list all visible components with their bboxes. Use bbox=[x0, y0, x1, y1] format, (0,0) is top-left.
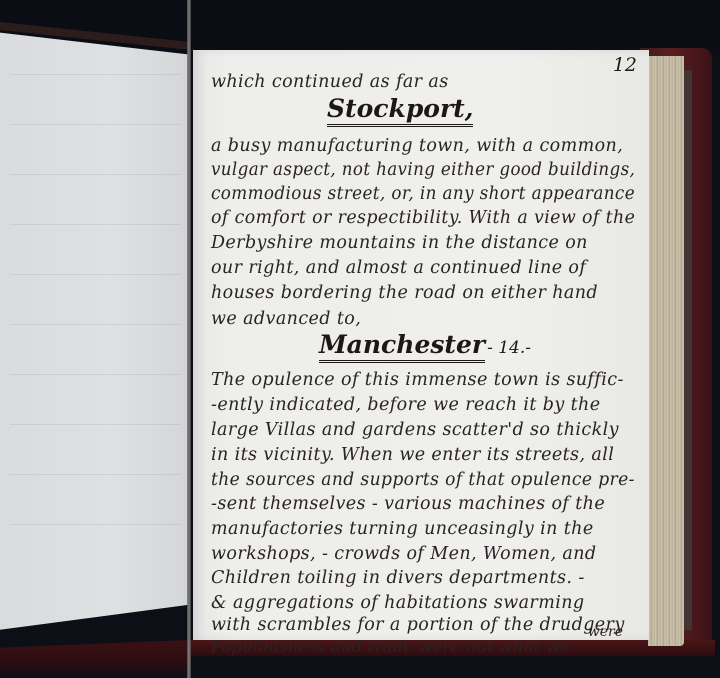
heading-title: Manchester bbox=[319, 330, 485, 363]
text-line: the sources and supports of that opulenc… bbox=[211, 470, 625, 490]
text-line: Derbyshire mountains in the distance on bbox=[211, 233, 635, 253]
left-page-blank bbox=[0, 14, 188, 636]
text-line: manufactories turning unceasingly in the bbox=[211, 519, 635, 539]
opening-line: which continued as far as bbox=[211, 72, 635, 92]
book-scan: 12 which continued as far as Stockport, … bbox=[0, 0, 720, 678]
text-line: Populousness and trade were not what we bbox=[211, 637, 635, 656]
text-line: of comfort or respectibility. With a vie… bbox=[211, 208, 632, 228]
text-line: we advanced to, bbox=[211, 309, 635, 329]
cover-inner-lining bbox=[684, 70, 692, 630]
text-line: a busy manufacturing town, with a common… bbox=[211, 136, 635, 156]
text-line: -ently indicated, before we reach it by … bbox=[211, 395, 635, 415]
text-line: our right, and almost a continued line o… bbox=[211, 258, 635, 278]
text-line: & aggregations of habitations swarming bbox=[211, 593, 635, 613]
text-line: -sent themselves - various machines of t… bbox=[211, 494, 635, 514]
glass-gutter-line bbox=[187, 0, 191, 678]
text-line: houses bordering the road on either hand bbox=[211, 283, 635, 303]
heading-title: Stockport, bbox=[327, 94, 473, 127]
text-line: vulgar aspect, not having either good bu… bbox=[211, 160, 615, 180]
text-line: with scrambles for a portion of the drud… bbox=[211, 615, 635, 635]
manuscript-page: 12 which continued as far as Stockport, … bbox=[193, 50, 649, 640]
text-line: Children toiling in divers departments. … bbox=[211, 568, 635, 588]
heading-manchester: Manchester- 14.- bbox=[319, 330, 531, 359]
text-line: The opulence of this immense town is suf… bbox=[211, 370, 635, 390]
catchword: were bbox=[588, 624, 623, 640]
cover-bottom-edge-left bbox=[0, 640, 190, 678]
heading-suffix: - 14.- bbox=[487, 338, 531, 358]
heading-stockport: Stockport, bbox=[327, 94, 475, 123]
text-line: in its vicinity. When we enter its stree… bbox=[211, 445, 635, 465]
page-fore-edge bbox=[648, 56, 684, 646]
text-line: large Villas and gardens scatter'd so th… bbox=[211, 420, 635, 440]
text-line: commodious street, or, in any short appe… bbox=[211, 184, 618, 204]
text-line: workshops, - crowds of Men, Women, and bbox=[211, 544, 635, 564]
